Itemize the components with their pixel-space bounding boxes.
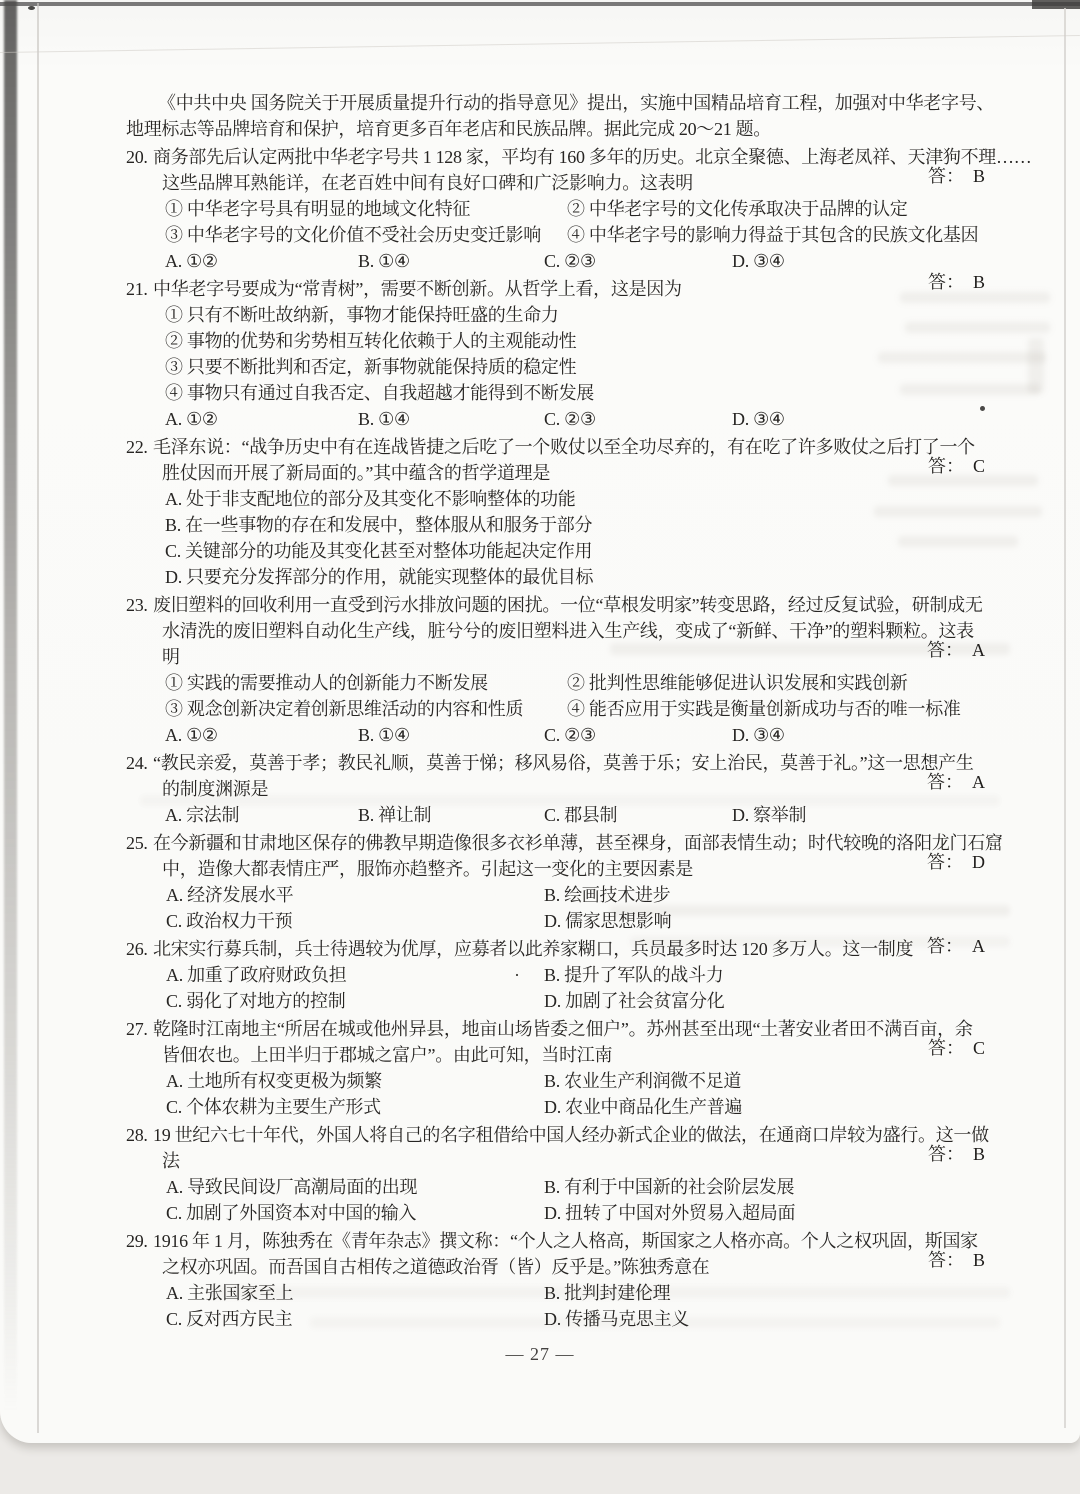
choice: A. 宗法制 <box>165 802 358 828</box>
answer-label: 答： <box>927 936 963 956</box>
option-row: ① 只有不断吐故纳新，事物才能保持旺盛的生命力 <box>126 302 985 328</box>
choice-row: A. 加重了政府财政负担·B. 提升了军队的战斗力 <box>126 962 985 988</box>
choice-row: C. 弱化了对地方的控制D. 加剧了社会贫富分化 <box>126 988 985 1014</box>
option-row: B. 在一些事物的存在和发展中，整体服从和服务于部分 <box>126 512 985 538</box>
question-27: 27.乾隆时江南地主“所居在城或他州异县，地亩山场皆委之佃户”。苏州甚至出现“土… <box>126 1016 985 1120</box>
choice: D. ③④ <box>732 406 785 432</box>
stem-text: 皆佃农也。上田半归于郡城之富户”。由此可知，当时江南 <box>162 1045 612 1065</box>
option-row: C. 关键部分的功能及其变化甚至对整体功能起决定作用 <box>126 538 985 564</box>
question-stem-line: 20.商务部先后认定两批中华老字号共 1 128 家，平均有 160 多年的历史… <box>126 144 985 170</box>
question-stem-line: 25.在今新疆和甘肃地区保存的佛教早期造像很多衣衫单薄，甚至裸身，面部表情生动；… <box>126 830 985 856</box>
question-stem-line: 这些品牌耳熟能详，在老百姓中间有良好口碑和广泛影响力。这表明答：B <box>126 170 985 196</box>
choice: C. ②③ <box>544 248 732 274</box>
option-row: ③ 观念创新决定着创新思维活动的内容和性质④ 能否应用于实践是衡量创新成功与否的… <box>126 696 985 722</box>
choice: B. 农业生产利润微不足道 <box>544 1068 741 1094</box>
exam-page-content: 《中共中央 国务院关于开展质量提升行动的指导意见》提出，实施中国精品培育工程，加… <box>0 0 1080 1332</box>
choice: C. ②③ <box>544 722 732 748</box>
question-stem-line: 21.中华老字号要成为“常青树”，需要不断创新。从哲学上看，这是因为答：B <box>126 276 985 302</box>
question-25: 25.在今新疆和甘肃地区保存的佛教早期造像很多衣衫单薄，甚至裸身，面部表情生动；… <box>126 830 985 934</box>
stem-text: 中，造像大都表情庄严，服饰亦趋整齐。引起这一变化的主要因素是 <box>162 859 693 879</box>
choice: C. 个体农耕为主要生产形式 <box>166 1094 544 1120</box>
circled-option: ④ 事物只有通过自我否定、自我超越才能得到不断发展 <box>165 383 594 403</box>
choice-row: A. 宗法制B. 禅让制C. 郡县制D. 察举制 <box>126 802 985 828</box>
question-number: 29. <box>126 1228 153 1254</box>
answer-label: 答： <box>927 772 963 792</box>
choice: A. ①② <box>165 406 358 432</box>
question-number: 28. <box>126 1122 153 1148</box>
question-22: 22.毛泽东说：“战争历史中有在连战皆捷之后吃了一个败仗以至全功尽弃的，有在吃了… <box>126 434 985 590</box>
stem-text: 的制度渊源是 <box>162 779 268 799</box>
choice: C. 政治权力干预 <box>166 908 544 934</box>
question-number: 22. <box>126 434 153 460</box>
choice-row: C. 加剧了外国资本对中国的输入D. 扭转了中国对外贸易入超局面 <box>126 1200 985 1226</box>
choice-row: A. ①②B. ①④C. ②③D. ③④ <box>126 406 985 432</box>
choice: A. ①② <box>165 248 358 274</box>
answer-label: 答： <box>928 1250 964 1270</box>
choice: B. ①④ <box>358 248 544 274</box>
question-number: 27. <box>126 1016 153 1042</box>
answer-letter: B <box>973 1141 985 1167</box>
question-stem-line: 24.“教民亲爱，莫善于孝；教民礼顺，莫善于悌；移风易俗，莫善于乐；安上治民，莫… <box>126 750 985 776</box>
circled-option: ④ 能否应用于实践是衡量创新成功与否的唯一标准 <box>567 696 961 722</box>
answer-letter: C <box>973 453 985 479</box>
answer-badge: 答：B <box>928 163 985 189</box>
stem-text: 废旧塑料的回收利用一直受到污水排放问题的困扰。一位“草根发明家”转变思路，经过反… <box>153 595 983 615</box>
question-stem-line: 28.19 世纪六七十年代，外国人将自己的名字租借给中国人经办新式企业的做法，在… <box>126 1122 985 1148</box>
page-number: — 27 — <box>0 1344 1080 1365</box>
choice: B. ①④ <box>358 406 544 432</box>
answer-letter: B <box>973 1247 985 1273</box>
stem-text: 胜仗因而开展了新局面的。”其中蕴含的哲学道理是 <box>162 463 550 483</box>
question-26: 26.北宋实行募兵制，兵士待遇较为优厚，应募者以此养家糊口，兵员最多时达 120… <box>126 936 985 1014</box>
choice: A. 经济发展水平 <box>166 882 544 908</box>
choice: C. 郡县制 <box>544 802 732 828</box>
choice-row: A. 经济发展水平B. 绘画技术进步 <box>126 882 985 908</box>
choice: B. ①④ <box>358 722 544 748</box>
scan-dot-artifact: · <box>514 962 520 988</box>
stem-text: 之权亦巩固。而吾国自古相传之道德政治胥（皆）反乎是。”陈独秀意在 <box>162 1257 709 1277</box>
question-stem-line: 皆佃农也。上田半归于郡城之富户”。由此可知，当时江南答：C <box>126 1042 985 1068</box>
question-number: 24. <box>126 750 153 776</box>
circled-option: ② 事物的优势和劣势相互转化依赖于人的主观能动性 <box>165 331 576 351</box>
answer-badge: 答：A <box>927 769 985 795</box>
choice: A. 主张国家至上 <box>166 1280 544 1306</box>
option-row: D. 只要充分发挥部分的作用，就能实现整体的最优目标 <box>126 564 985 590</box>
choice-row: A. ①②B. ①④C. ②③D. ③④ <box>126 722 985 748</box>
choice: A. 土地所有权变更极为频繁 <box>166 1068 544 1094</box>
question-stem-line: 水清洗的废旧塑料自动化生产线，脏兮兮的废旧塑料进入生产线，变成了“新鲜、干净”的… <box>126 618 985 644</box>
option-row: ② 事物的优势和劣势相互转化依赖于人的主观能动性 <box>126 328 985 354</box>
choice-row: A. ①②B. ①④C. ②③D. ③④ <box>126 248 985 274</box>
answer-label: 答： <box>927 640 963 660</box>
choice: D. 传播马克思主义 <box>544 1306 689 1332</box>
circled-option: ③ 只要不断批判和否定，新事物就能保持质的稳定性 <box>165 357 576 377</box>
answer-letter: B <box>973 269 985 295</box>
choice: D. 儒家思想影响 <box>544 908 671 934</box>
question-number: 23. <box>126 592 153 618</box>
answer-badge: 答：B <box>928 269 985 295</box>
question-stem-line: 中，造像大都表情庄严，服饰亦趋整齐。引起这一变化的主要因素是答：D <box>126 856 985 882</box>
circled-option: ② 中华老字号的文化传承取决于品牌的认定 <box>567 196 908 222</box>
choice-row: C. 政治权力干预D. 儒家思想影响 <box>126 908 985 934</box>
stem-text: 在今新疆和甘肃地区保存的佛教早期造像很多衣衫单薄，甚至裸身，面部表情生动；时代较… <box>153 833 1003 853</box>
answer-label: 答： <box>928 456 964 476</box>
answer-badge: 答：C <box>928 453 985 479</box>
choice: B. 禅让制 <box>358 802 544 828</box>
question-stem-line: 29.1916 年 1 月，陈独秀在《青年杂志》撰文称：“个人之人格高，斯国家之… <box>126 1228 985 1254</box>
question-stem-line: 26.北宋实行募兵制，兵士待遇较为优厚，应募者以此养家糊口，兵员最多时达 120… <box>126 936 985 962</box>
stem-text: 水清洗的废旧塑料自动化生产线，脏兮兮的废旧塑料进入生产线，变成了“新鲜、干净”的… <box>162 621 974 641</box>
choice: D. 加剧了社会贫富分化 <box>544 988 724 1014</box>
stem-text: 法 <box>162 1151 180 1171</box>
stem-text: 毛泽东说：“战争历史中有在连战皆捷之后吃了一个败仗以至全功尽弃的，有在吃了许多败… <box>153 437 975 457</box>
question-23: 23.废旧塑料的回收利用一直受到污水排放问题的困扰。一位“草根发明家”转变思路，… <box>126 592 985 748</box>
answer-letter: C <box>973 1035 985 1061</box>
stem-text: “教民亲爱，莫善于孝；教民礼顺，莫善于悌；移风易俗，莫善于乐；安上治民，莫善于礼… <box>153 753 974 773</box>
choice: D. 农业中商品化生产普遍 <box>544 1094 742 1120</box>
question-number: 20. <box>126 144 153 170</box>
answer-letter: A <box>972 637 985 663</box>
option-row: A. 处于非支配地位的部分及其变化不影响整体的功能 <box>126 486 985 512</box>
circled-option: ③ 中华老字号的文化价值不受社会历史变迁影响 <box>165 222 567 248</box>
question-number: 25. <box>126 830 153 856</box>
choice: D. ③④ <box>732 248 785 274</box>
answer-label: 答： <box>927 852 963 872</box>
choice: C. 加剧了外国资本对中国的输入 <box>166 1200 544 1226</box>
choice-row: C. 反对西方民主D. 传播马克思主义 <box>126 1306 985 1332</box>
option-row: ① 中华老字号具有明显的地域文化特征② 中华老字号的文化传承取决于品牌的认定 <box>126 196 985 222</box>
question-number: 26. <box>126 936 153 962</box>
intro-text: 地理标志等品牌培育和保护，培育更多百年老店和民族品牌。据此完成 20～21 题。 <box>126 119 771 139</box>
intro-line: 地理标志等品牌培育和保护，培育更多百年老店和民族品牌。据此完成 20～21 题。 <box>126 116 985 142</box>
choice: B. 在一些事物的存在和发展中，整体服从和服务于部分 <box>165 515 592 535</box>
intro-text: 《中共中央 国务院关于开展质量提升行动的指导意见》提出，实施中国精品培育工程，加… <box>158 93 994 113</box>
circled-option: ① 中华老字号具有明显的地域文化特征 <box>165 196 567 222</box>
circled-option: ① 实践的需要推动人的创新能力不断发展 <box>165 670 567 696</box>
answer-badge: 答：C <box>928 1035 985 1061</box>
choice-row: C. 个体农耕为主要生产形式D. 农业中商品化生产普遍 <box>126 1094 985 1120</box>
stem-text: 1916 年 1 月，陈独秀在《青年杂志》撰文称：“个人之人格高，斯国家之人格亦… <box>153 1231 978 1251</box>
answer-label: 答： <box>928 1038 964 1058</box>
choice: B. 提升了军队的战斗力 <box>544 962 723 988</box>
question-stem-line: 之权亦巩固。而吾国自古相传之道德政治胥（皆）反乎是。”陈独秀意在答：B <box>126 1254 985 1280</box>
choice-row: A. 土地所有权变更极为频繁B. 农业生产利润微不足道 <box>126 1068 985 1094</box>
choice-row: A. 导致民间设厂高潮局面的出现B. 有利于中国新的社会阶层发展 <box>126 1174 985 1200</box>
stem-text: 明 <box>162 647 180 667</box>
answer-badge: 答：B <box>928 1247 985 1273</box>
choice: D. 察举制 <box>732 802 806 828</box>
question-29: 29.1916 年 1 月，陈独秀在《青年杂志》撰文称：“个人之人格高，斯国家之… <box>126 1228 985 1332</box>
question-stem-line: 胜仗因而开展了新局面的。”其中蕴含的哲学道理是答：C <box>126 460 985 486</box>
stem-text: 商务部先后认定两批中华老字号共 1 128 家，平均有 160 多年的历史。北京… <box>153 147 1031 167</box>
question-stem-line: 22.毛泽东说：“战争历史中有在连战皆捷之后吃了一个败仗以至全功尽弃的，有在吃了… <box>126 434 985 460</box>
question-28: 28.19 世纪六七十年代，外国人将自己的名字租借给中国人经办新式企业的做法，在… <box>126 1122 985 1226</box>
circled-option: ④ 中华老字号的影响力得益于其包含的民族文化基因 <box>567 222 978 248</box>
circled-option: ① 只有不断吐故纳新，事物才能保持旺盛的生命力 <box>165 305 559 325</box>
choice: B. 有利于中国新的社会阶层发展 <box>544 1174 794 1200</box>
option-row: ④ 事物只有通过自我否定、自我超越才能得到不断发展 <box>126 380 985 406</box>
choice: D. 只要充分发挥部分的作用，就能实现整体的最优目标 <box>165 567 593 587</box>
question-stem-line: 明答：A <box>126 644 985 670</box>
answer-badge: 答：A <box>927 637 985 663</box>
answer-letter: D <box>972 849 985 875</box>
answer-label: 答： <box>928 166 964 186</box>
question-stem-line: 27.乾隆时江南地主“所居在城或他州异县，地亩山场皆委之佃户”。苏州甚至出现“土… <box>126 1016 985 1042</box>
choice: B. 绘画技术进步 <box>544 882 670 908</box>
question-21: 21.中华老字号要成为“常青树”，需要不断创新。从哲学上看，这是因为答：B ① … <box>126 276 985 432</box>
choice: D. 扭转了中国对外贸易入超局面 <box>544 1200 795 1226</box>
question-stem-line: 法答：B <box>126 1148 985 1174</box>
question-24: 24.“教民亲爱，莫善于孝；教民礼顺，莫善于悌；移风易俗，莫善于乐；安上治民，莫… <box>126 750 985 828</box>
choice: D. ③④ <box>732 722 785 748</box>
answer-badge: 答：A <box>927 933 985 959</box>
choice: C. 弱化了对地方的控制 <box>166 988 544 1014</box>
stem-text: 中华老字号要成为“常青树”，需要不断创新。从哲学上看，这是因为 <box>153 279 682 299</box>
answer-badge: 答：B <box>928 1141 985 1167</box>
answer-letter: A <box>972 769 985 795</box>
choice-row: A. 主张国家至上B. 批判封建伦理 <box>126 1280 985 1306</box>
option-row: ③ 只要不断批判和否定，新事物就能保持质的稳定性 <box>126 354 985 380</box>
circled-option: ③ 观念创新决定着创新思维活动的内容和性质 <box>165 696 567 722</box>
stem-text: 19 世纪六七十年代，外国人将自己的名字租借给中国人经办新式企业的做法，在通商口… <box>153 1125 989 1145</box>
stem-text: 这些品牌耳熟能详，在老百姓中间有良好口碑和广泛影响力。这表明 <box>162 173 693 193</box>
stem-text: 北宋实行募兵制，兵士待遇较为优厚，应募者以此养家糊口，兵员最多时达 120 多万… <box>153 939 913 959</box>
choice: C. 关键部分的功能及其变化甚至对整体功能起决定作用 <box>165 541 592 561</box>
choice: C. 反对西方民主 <box>166 1306 544 1332</box>
circled-option: ② 批判性思维能够促进认识发展和实践创新 <box>567 670 908 696</box>
question-stem-line: 的制度渊源是答：A <box>126 776 985 802</box>
choice: A. ①② <box>165 722 358 748</box>
choice: A. 加重了政府财政负担 <box>166 962 544 988</box>
question-number: 21. <box>126 276 153 302</box>
answer-badge: 答：D <box>927 849 985 875</box>
choice: B. 批判封建伦理 <box>544 1280 670 1306</box>
option-row: ① 实践的需要推动人的创新能力不断发展② 批判性思维能够促进认识发展和实践创新 <box>126 670 985 696</box>
choice: C. ②③ <box>544 406 732 432</box>
answer-letter: A <box>972 933 985 959</box>
intro-line: 《中共中央 国务院关于开展质量提升行动的指导意见》提出，实施中国精品培育工程，加… <box>126 90 985 116</box>
option-row: ③ 中华老字号的文化价值不受社会历史变迁影响④ 中华老字号的影响力得益于其包含的… <box>126 222 985 248</box>
question-stem-line: 23.废旧塑料的回收利用一直受到污水排放问题的困扰。一位“草根发明家”转变思路，… <box>126 592 985 618</box>
choice: A. 处于非支配地位的部分及其变化不影响整体的功能 <box>165 489 576 509</box>
question-20: 20.商务部先后认定两批中华老字号共 1 128 家，平均有 160 多年的历史… <box>126 144 985 274</box>
stem-text: 乾隆时江南地主“所居在城或他州异县，地亩山场皆委之佃户”。苏州甚至出现“土著安业… <box>153 1019 973 1039</box>
answer-label: 答： <box>928 1144 964 1164</box>
answer-letter: B <box>973 163 985 189</box>
choice: A. 导致民间设厂高潮局面的出现 <box>166 1174 544 1200</box>
answer-label: 答： <box>928 272 964 292</box>
